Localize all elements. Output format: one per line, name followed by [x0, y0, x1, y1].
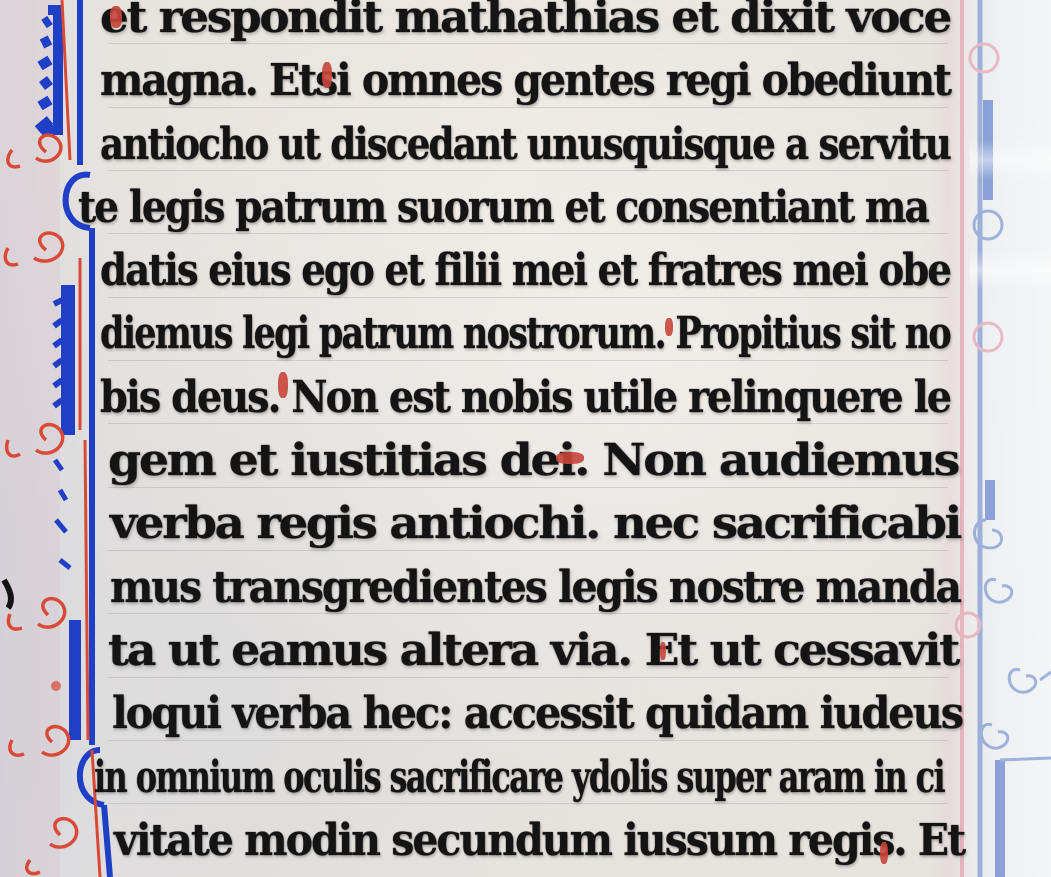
- rubric-mark: [322, 62, 332, 88]
- text-line: antiocho ut discedant unusquisque a serv…: [100, 113, 970, 176]
- text-line: datis eius ego et filii mei et fratres m…: [100, 239, 970, 302]
- rubric-mark: [110, 6, 122, 28]
- text-line: verba regis antiochi. nec sacrificabi: [110, 492, 980, 555]
- text-line: et respondit mathathias et dixit voce: [100, 0, 970, 49]
- text-line: diemus legi patrum nostrorum. Propitius …: [100, 302, 970, 365]
- text-line: bis deus. Non est nobis utile relinquere…: [100, 366, 970, 429]
- rubric-mark: [880, 842, 888, 864]
- text-line: vitate modin secundum iussum regis. Et: [114, 809, 984, 872]
- rubric-mark: [665, 318, 673, 336]
- manuscript-text-column: et respondit mathathias et dixit voce ma…: [100, 0, 970, 872]
- text-line: mus transgredientes legis nostre manda: [110, 556, 980, 619]
- text-line: magna. Etsi omnes gentes regi obediunt: [100, 49, 970, 112]
- rubric-mark: [660, 642, 666, 660]
- parchment-fold-highlight: [970, 140, 1051, 180]
- text-line: te legis patrum suorum et consentiant ma: [78, 176, 948, 239]
- text-line: ta ut eamus altera via. Et ut cessavit: [108, 619, 978, 682]
- text-line: in omnium oculis sacrificare ydolis supe…: [94, 746, 964, 809]
- text-line: loqui verba hec: accessit quidam iudeus: [112, 682, 982, 745]
- rubric-mark: [278, 372, 288, 398]
- parchment-fold-highlight: [970, 250, 1051, 290]
- rubric-mark: [556, 452, 584, 464]
- text-line: gem et iustitias dei. Non audiemus: [108, 429, 978, 492]
